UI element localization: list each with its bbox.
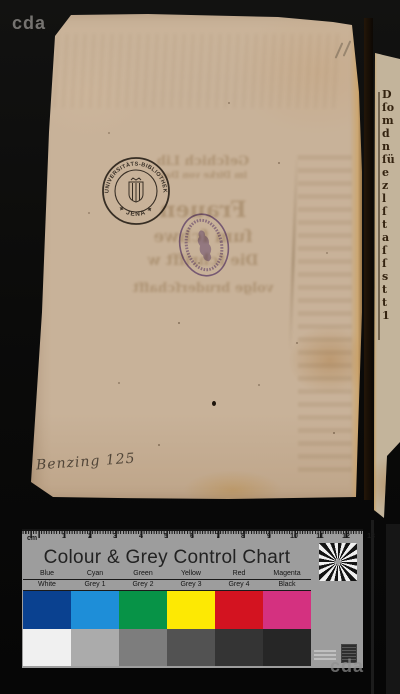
- grey-label: Grey 3: [167, 581, 215, 588]
- ruler-number: 1: [62, 533, 66, 540]
- divider-line: [23, 579, 311, 581]
- svg-text:✦ JENA ✦: ✦ JENA ✦: [117, 205, 155, 218]
- watermark-bottom-right: cda: [330, 656, 364, 677]
- grey-label: White: [23, 581, 71, 588]
- swatch-black: [263, 629, 311, 667]
- swatch-white: [23, 629, 71, 667]
- swatch-red: [215, 591, 263, 629]
- swatch-yellow: [167, 591, 215, 629]
- ruler-number: 3: [113, 533, 117, 540]
- ruler-number: 8: [241, 533, 245, 540]
- color-control-chart: cm 1 2 3 4 5 6 7 8 9 10 11 12 13 Colour …: [22, 529, 363, 668]
- swatch-blue: [23, 591, 71, 629]
- ruler-unit-label: cm: [27, 535, 37, 542]
- ruler-number: 11: [316, 533, 323, 540]
- grey-labels-row: White Grey 1 Grey 2 Grey 3 Grey 4 Black: [23, 581, 311, 588]
- ruler-number: 2: [88, 533, 92, 540]
- bleedthrough-column: [298, 150, 352, 472]
- adjacent-page-text-edge: D ſo m d n ſü e z l ſ t a ſ ſ s t t 1: [382, 88, 395, 322]
- color-label: Blue: [23, 570, 71, 577]
- color-swatch-row: [23, 591, 311, 629]
- page-gutter: [364, 18, 373, 500]
- swatch-grey-1: [71, 629, 119, 667]
- ruler-number: 4: [139, 533, 143, 540]
- round-stamp-bottom-text: ✦ JENA ✦: [117, 205, 155, 218]
- ruler-number: 12: [342, 533, 350, 540]
- bleedthrough-line: volge bruderſchafft: [88, 281, 318, 296]
- adjacent-page-ruled-line: [378, 92, 380, 340]
- color-label: Magenta: [263, 570, 311, 577]
- chart-title: Colour & Grey Control Chart: [22, 544, 312, 571]
- color-label: Cyan: [71, 570, 119, 577]
- color-labels-row: Blue Cyan Green Yellow Red Magenta: [23, 570, 311, 577]
- digitized-book-scan: cda Geſchich Lib im Dirke von Dan Frauen…: [0, 0, 400, 694]
- swatch-grey-3: [167, 629, 215, 667]
- swatch-grey-4: [215, 629, 263, 667]
- grey-label: Black: [263, 581, 311, 588]
- ruler-number: 6: [190, 533, 194, 540]
- scan-edge-line: [371, 520, 374, 694]
- grey-label: Grey 4: [215, 581, 263, 588]
- ruler-number: 10: [290, 533, 298, 540]
- siemens-star-icon: [319, 543, 357, 581]
- ruler-number: 7: [216, 533, 220, 540]
- oval-stamp-figure: [196, 229, 214, 263]
- color-label: Yellow: [167, 570, 215, 577]
- wormhole: [212, 401, 216, 406]
- scan-edge-band: [386, 524, 400, 694]
- swatch-grey-2: [119, 629, 167, 667]
- manuscript-page: Geſchich Lib im Dirke von Dan Frauen ſum…: [28, 12, 364, 501]
- adjacent-page-edge: D ſo m d n ſü e z l ſ t a ſ ſ s t t 1: [372, 50, 400, 522]
- gilded-fore-edge: [350, 20, 364, 498]
- ruler-number: 13: [367, 533, 375, 540]
- bleedthrough-smudge-top: [48, 34, 340, 108]
- ruler-number: 9: [267, 533, 271, 540]
- swatch-cyan: [71, 591, 119, 629]
- ruler-number: 5: [164, 533, 168, 540]
- swatch-magenta: [263, 591, 311, 629]
- color-label: Green: [119, 570, 167, 577]
- handwritten-note: Benzing 125: [36, 451, 136, 474]
- watermark-top-left: cda: [12, 13, 46, 34]
- color-label: Red: [215, 570, 263, 577]
- grey-label: Grey 1: [71, 581, 119, 588]
- library-round-stamp: UNIVERSITÄTS-BIBLIOTHEK ✦ JENA ✦: [100, 155, 172, 227]
- grey-label: Grey 2: [119, 581, 167, 588]
- swatch-green: [119, 591, 167, 629]
- grey-swatch-row: [23, 629, 311, 667]
- stamp-crest-icon: [129, 178, 143, 202]
